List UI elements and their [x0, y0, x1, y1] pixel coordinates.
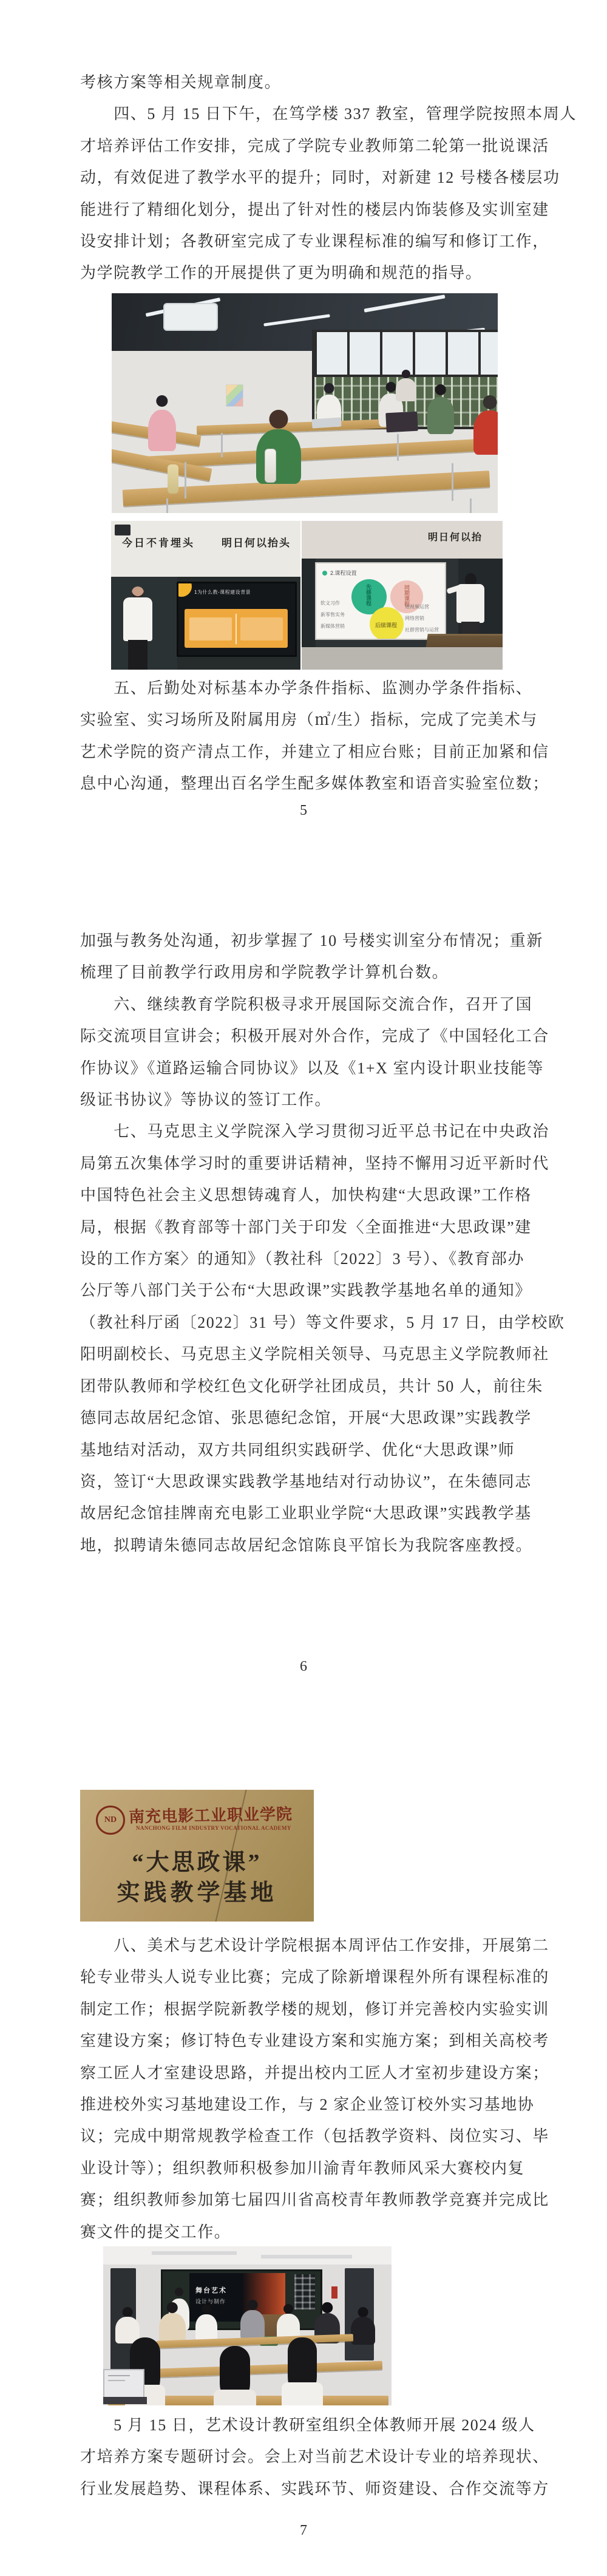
text-line: 议；完成中期常规教学检查工作（包括教学资料、岗位实习、毕 — [80, 2121, 532, 2152]
text-line: 阳明副校长、马克思主义学院相关领导、马克思主义学院教师社 — [80, 1339, 532, 1370]
text-line: 赛文件的提交工作。 — [80, 2217, 532, 2248]
text-line: 推进校外实习基地建设工作，与 2 家企业签订校外实习基地协 — [80, 2089, 532, 2121]
text-line: 六、继续教育学院积极寻求开展国际交流合作，召开了国 — [80, 989, 532, 1021]
wall-calligraphy: 明日何以抬 — [428, 529, 483, 543]
text-line: 制定工作；根据学院新教学楼的规划，修订并完善校内实验实训 — [80, 1994, 532, 2025]
slide-text-box — [189, 617, 232, 641]
plaque-title-line1: “大思政课” — [80, 1843, 314, 1877]
text-line: 公厅等八部门关于公布“大思政课”实践教学基地名单的通知》 — [80, 1275, 532, 1307]
text-line: 作协议》《道路运输合同协议》以及《1+X 室内设计职业技能等 — [80, 1053, 532, 1084]
school-name-en: NANCHONG FILM INDUSTRY VOCATIONAL ACADEM… — [136, 1825, 291, 1831]
paragraph-block-section6-7: 加强与教务处沟通，初步掌握了 10 号楼实训室分布情况；重新梳理了目前教学行政用… — [80, 925, 532, 1562]
text-line: 设安排计划；各教研室完成了专业课程标准的编写和修订工作， — [80, 226, 532, 257]
text-line: 5 月 15 日，艺术设计教研室组织全体教师开展 2024 级人 — [80, 2410, 532, 2441]
person-figure-green — [256, 410, 301, 484]
presenter-shirt — [123, 597, 152, 641]
desk-leg — [397, 434, 399, 461]
presenter-head — [132, 586, 144, 599]
venn-yellow-label: 后续课程 — [375, 621, 397, 629]
photo-presentation-right: 明日何以抬 2.课程设置 先修课程 同期课程 后续课程 软文习作新零售实务新媒体… — [302, 521, 503, 670]
text-line: 设的工作方案〉的通知》（教社科〔2022〕3 号）、《教育部办 — [80, 1243, 532, 1275]
presenter-pants — [128, 640, 148, 670]
text-line: 实验室、实习场所及附属用房（㎡/生）指标，完成了完美术与 — [80, 704, 532, 736]
text-line: 网络营销 — [405, 613, 439, 624]
person-front-longhair — [284, 2337, 320, 2405]
person-audience — [240, 2300, 265, 2340]
laptop-dark — [385, 412, 418, 433]
slide-divider — [236, 614, 237, 644]
text-line: 业设计等）；组织教师积极参加川渝青年教师风采大赛校内复 — [80, 2153, 532, 2184]
slide-bullet-dot — [322, 571, 327, 576]
text-line: 德同志故居纪念馆、张思德纪念馆，开展“大思政课”实践教学 — [80, 1402, 532, 1434]
desk-leg — [166, 498, 168, 513]
fire-sign — [331, 2286, 337, 2299]
page-number-5: 5 — [0, 803, 607, 819]
flask — [168, 464, 178, 494]
text-line: 四、5 月 15 日下午，在笃学楼 337 教室，管理学院按照本周人 — [80, 98, 532, 130]
venn-left-list: 软文习作新零售实务新媒体营销 — [320, 597, 345, 632]
venn-green-label: 先修课程 — [365, 584, 373, 606]
text-line: 息中心沟通，整理出百名学生配多媒体教室和语音实验室位数； — [80, 768, 532, 800]
text-line: 才培养评估工作安排，完成了学院专业教师第二轮第一批说课活 — [80, 131, 532, 162]
text-line: 能进行了精细化划分，提出了针对性的楼层内饰装修及实训室建 — [80, 194, 532, 226]
desk-leg — [221, 433, 223, 457]
venn-right-list: 短视频运营网络营销社群营销与运营 — [405, 601, 439, 636]
photo-classroom-meeting — [112, 293, 498, 513]
slide-title: 1为什么教-课程建设背景 — [194, 589, 251, 596]
text-line: 七、马克思主义学院深入学习贯彻习近平总书记在中央政治 — [80, 1116, 532, 1147]
text-line: 室建设方案；修订特色专业建设方案和实施方案；到相关高校考 — [80, 2025, 532, 2057]
text-line: 梳理了目前教学行政用房和学院教学计算机台数。 — [80, 957, 532, 988]
paragraph-block-section4: 考核方案等相关规章制度。 四、5 月 15 日下午，在笃学楼 337 教室，管理… — [80, 67, 532, 290]
text-line: 艺术学院的资产清点工作，并建立了相应台账；目前正加紧和信 — [80, 736, 532, 768]
paragraph-block-section8: 八、美术与艺术设计学院根据本周评估工作安排，开展第二轮专业带头人说专业比赛；完成… — [80, 1930, 532, 2248]
ceiling-light — [152, 2251, 237, 2255]
plaque-title-line2: 实践教学基地 — [80, 1874, 314, 1907]
wall-calligraphy-right: 明日何以抬头 — [222, 534, 291, 549]
ac-vent — [163, 303, 218, 331]
text-line: 为学院教学工作的开展提供了更为明确和规范的指导。 — [80, 257, 532, 289]
slide-line1: 舞台艺术 — [195, 2285, 227, 2295]
text-line: 短视频运营 — [405, 601, 439, 613]
laptop-foreground — [103, 2369, 147, 2405]
photo-base-plaque: ND 南充电影工业职业学院 NANCHONG FILM INDUSTRY VOC… — [80, 1790, 314, 1922]
text-line: 考核方案等相关规章制度。 — [80, 67, 532, 98]
person-figure-pink — [148, 395, 176, 451]
wall-poster-map — [226, 384, 243, 407]
text-line: 动，有效促进了教学水平的提升；同时，对新建 12 号楼各楼层功 — [80, 162, 532, 194]
presentation-screen: 1为什么教-课程建设背景 — [177, 582, 297, 657]
person-front-longhair — [214, 2346, 256, 2405]
paragraph-block-caption: 5 月 15 日，艺术设计教研室组织全体教师开展 2024 级人才培养方案专题研… — [80, 2410, 532, 2505]
text-line: 赛；组织教师参加第七届四川省高校青年教师教学竞赛并完成比 — [80, 2184, 532, 2216]
desk-leg — [452, 463, 453, 501]
text-line: 行业发展趋势、课程体系、实践环节、师资建设、合作交流等方 — [80, 2473, 532, 2505]
text-line: 新媒体营销 — [320, 620, 345, 632]
wall-calligraphy-left: 今日不肯埋头 — [122, 534, 195, 549]
page-number-6: 6 — [0, 1659, 607, 1675]
person-audience — [195, 2305, 217, 2341]
slide-orange-panel — [185, 609, 288, 648]
person-audience — [351, 2307, 375, 2345]
slide-title: 2.课程设置 — [330, 569, 357, 577]
text-line: 才培养方案专题研讨会。会上对当前艺术设计专业的培养现状、 — [80, 2441, 532, 2473]
text-line: 加强与教务处沟通，初步掌握了 10 号楼实训室分布情况；重新 — [80, 925, 532, 957]
text-line: 中国特色社会主义思想铸魂育人，加快构建“大思政课”工作格 — [80, 1180, 532, 1211]
school-logo: ND — [96, 1806, 125, 1835]
text-line: （教社科厅函〔2022〕31 号）等文件要求，5 月 17 日，由学校欧 — [80, 1307, 532, 1339]
text-line: 八、美术与艺术设计学院根据本周评估工作安排，开展第二 — [80, 1930, 532, 1962]
thermos-bottle — [265, 449, 276, 483]
text-line: 地，拟聘请朱德同志故居纪念馆陈良平馆长为我院客座教授。 — [80, 1530, 532, 1562]
person-audience — [277, 2304, 300, 2340]
text-line: 团带队教师和学校红色文化研学社团成员，共计 50 人，前往朱 — [80, 1371, 532, 1402]
wall-lower — [302, 647, 503, 670]
text-line: 新零售实务 — [320, 609, 345, 620]
page-number-7: 7 — [0, 2523, 607, 2539]
person-figure-back — [396, 370, 416, 401]
person-presenter — [122, 586, 154, 670]
text-line: 局，根据《教育部等十部门关于印发〈全面推进“大思政课”建 — [80, 1212, 532, 1243]
text-line: 级证书协议》等协议的签订工作。 — [80, 1084, 532, 1116]
desk-leg — [470, 498, 472, 513]
text-line: 基地结对活动，双方共同组织实践研学、优化“大思政课”师 — [80, 1435, 532, 1466]
person-figure-olive — [427, 384, 454, 434]
person-figure-red — [473, 395, 498, 455]
document-page: 考核方案等相关规章制度。 四、5 月 15 日下午，在笃学楼 337 教室，管理… — [0, 0, 607, 2576]
text-line: 局第五次集体学习时的重要讲话精神，坚持不懈用习近平新时代 — [80, 1148, 532, 1180]
slide-text-box — [240, 617, 283, 641]
venn-circle-yellow: 后续课程 — [370, 607, 404, 640]
photo-seminar-classroom: 舞台艺术 设计与制作 — [103, 2246, 392, 2405]
paragraph-block-section5: 五、后勤处对标基本办学条件指标、监测办学条件指标、实验室、实习场所及附属用房（㎡… — [80, 673, 532, 800]
text-line: 软文习作 — [320, 597, 345, 609]
school-name-cn: 南充电影工业职业学院 — [129, 1802, 293, 1827]
text-line: 轮专业带头人说专业比赛；完成了除新增课程外所有课程标准的 — [80, 1962, 532, 1993]
photo-presentation-left: 今日不肯埋头 明日何以抬头 1为什么教-课程建设背景 — [111, 521, 300, 670]
ceiling-light — [261, 2255, 352, 2258]
text-line: 故居纪念馆挂牌南充电影工业职业学院“大思政课”实践教学基 — [80, 1498, 532, 1529]
text-line: 资，签订“大思政课实践教学基地结对行动协议”，在朱德同志 — [80, 1466, 532, 1498]
text-line: 察工匠人才室建设思路，并提出校内工匠人才室初步建设方案； — [80, 2058, 532, 2089]
presentation-screen: 2.课程设置 先修课程 同期课程 后续课程 软文习作新零售实务新媒体营销 短视频… — [315, 562, 446, 640]
text-line: 际交流项目宣讲会；积极开展对外合作，完成了《中国轻化工合 — [80, 1021, 532, 1052]
slide-crescent — [177, 582, 192, 597]
text-line: 五、后勤处对标基本办学条件指标、监测办学条件指标、 — [80, 673, 532, 704]
desk-leg — [185, 462, 186, 498]
